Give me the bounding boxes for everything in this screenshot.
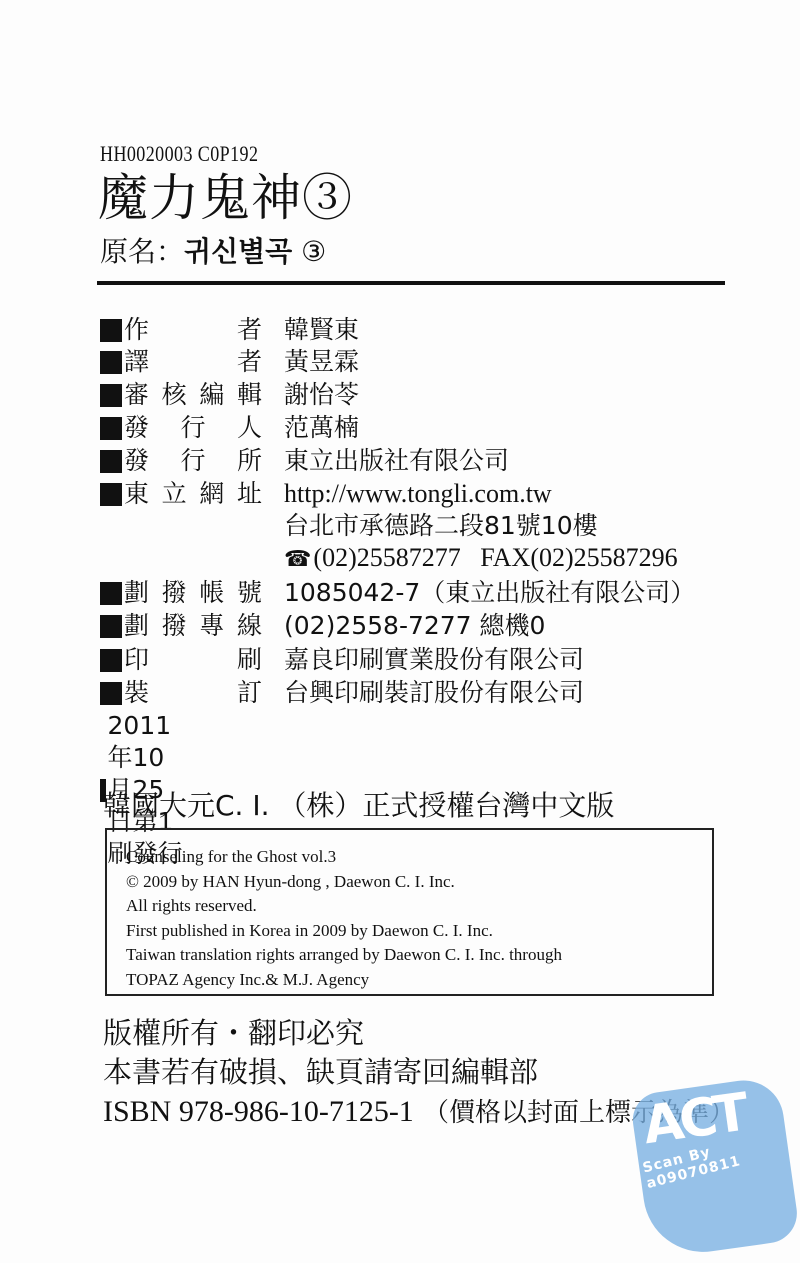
scanner-watermark: ACT Scan By a09070811 身是菩提樹 心如明鏡臺 時時勤拂拭 … (629, 1075, 800, 1259)
copyright-line: First published in Korea in 2009 by Daew… (126, 919, 562, 944)
bullet-square-icon (100, 615, 122, 638)
credit-value: 范萬楠 (284, 412, 359, 444)
title-divider (97, 281, 725, 285)
phone-number: (02)25587277 (313, 543, 460, 572)
original-title-label: 原名： (100, 235, 184, 268)
website-link[interactable]: http://www.tongli.com.tw (284, 478, 552, 510)
book-title: 魔力鬼神③ (98, 170, 353, 226)
bullet-square-icon (100, 682, 122, 705)
bullet-square-icon (100, 450, 122, 473)
address: 台北市承德路二段81號10樓 (284, 510, 598, 542)
original-title: 귀신별곡 (184, 235, 292, 268)
copyright-box: Counseling for the Ghost vol.3 © 2009 by… (105, 828, 714, 996)
credit-label: 審核編輯 (124, 379, 262, 411)
product-code: HH0020003 C0P192 (100, 141, 258, 167)
credit-label: 東立網址 (124, 478, 262, 510)
credit-label: 劃撥帳號 (124, 577, 262, 609)
credit-value: 韓賢東 (284, 314, 359, 346)
credit-label: 印 刷 (124, 644, 262, 676)
isbn: ISBN 978-986-10-7125-1 (103, 1095, 414, 1128)
credit-label: 發 行 人 (124, 412, 262, 444)
bullet-square-icon (100, 582, 122, 605)
credit-value: 黃昱霖 (284, 346, 359, 378)
credit-value: 1085042-7（東立出版社有限公司） (284, 577, 695, 609)
copyright-line: © 2009 by HAN Hyun-dong , Daewon C. I. I… (126, 870, 562, 895)
bullet-square-icon (100, 351, 122, 374)
credit-value: (02)2558-7277 總機0 (284, 610, 545, 642)
bullet-square-icon (100, 384, 122, 407)
bullet-square-icon (100, 319, 122, 342)
contact-numbers: ☎(02)25587277 FAX(02)25587296 (284, 542, 678, 575)
credit-label: 裝 訂 (124, 677, 262, 709)
return-notice: 本書若有破損、缺頁請寄回編輯部 (103, 1054, 538, 1090)
bullet-square-icon (100, 483, 122, 506)
original-volume: ③ (301, 235, 326, 268)
rights-notice: 版權所有・翻印必究 (103, 1015, 364, 1051)
credit-value: 嘉良印刷實業股份有限公司 (284, 644, 584, 676)
telephone-icon: ☎ (284, 546, 311, 571)
copyright-line: TOPAZ Agency Inc.& M.J. Agency (126, 968, 562, 993)
credit-label: 譯 者 (124, 346, 262, 378)
credit-value: 台興印刷裝訂股份有限公司 (284, 677, 584, 709)
copyright-line: Taiwan translation rights arranged by Da… (126, 943, 562, 968)
fax-number: FAX(02)25587296 (480, 543, 677, 572)
credit-label: 發 行 所 (124, 445, 262, 477)
copyright-line: All rights reserved. (126, 894, 562, 919)
credit-value: 謝怡苓 (284, 379, 359, 411)
bullet-square-icon (100, 417, 122, 440)
copyright-line: Counseling for the Ghost vol.3 (126, 845, 562, 870)
credit-label: 作 者 (124, 314, 262, 346)
credit-value: 東立出版社有限公司 (284, 445, 509, 477)
original-title-line: 原名：귀신별곡 ③ (100, 236, 326, 268)
license-statement: 韓國大元C. I. （株）正式授權台灣中文版 (103, 788, 614, 824)
credit-label: 劃撥專線 (124, 610, 262, 642)
bullet-square-icon (100, 649, 122, 672)
